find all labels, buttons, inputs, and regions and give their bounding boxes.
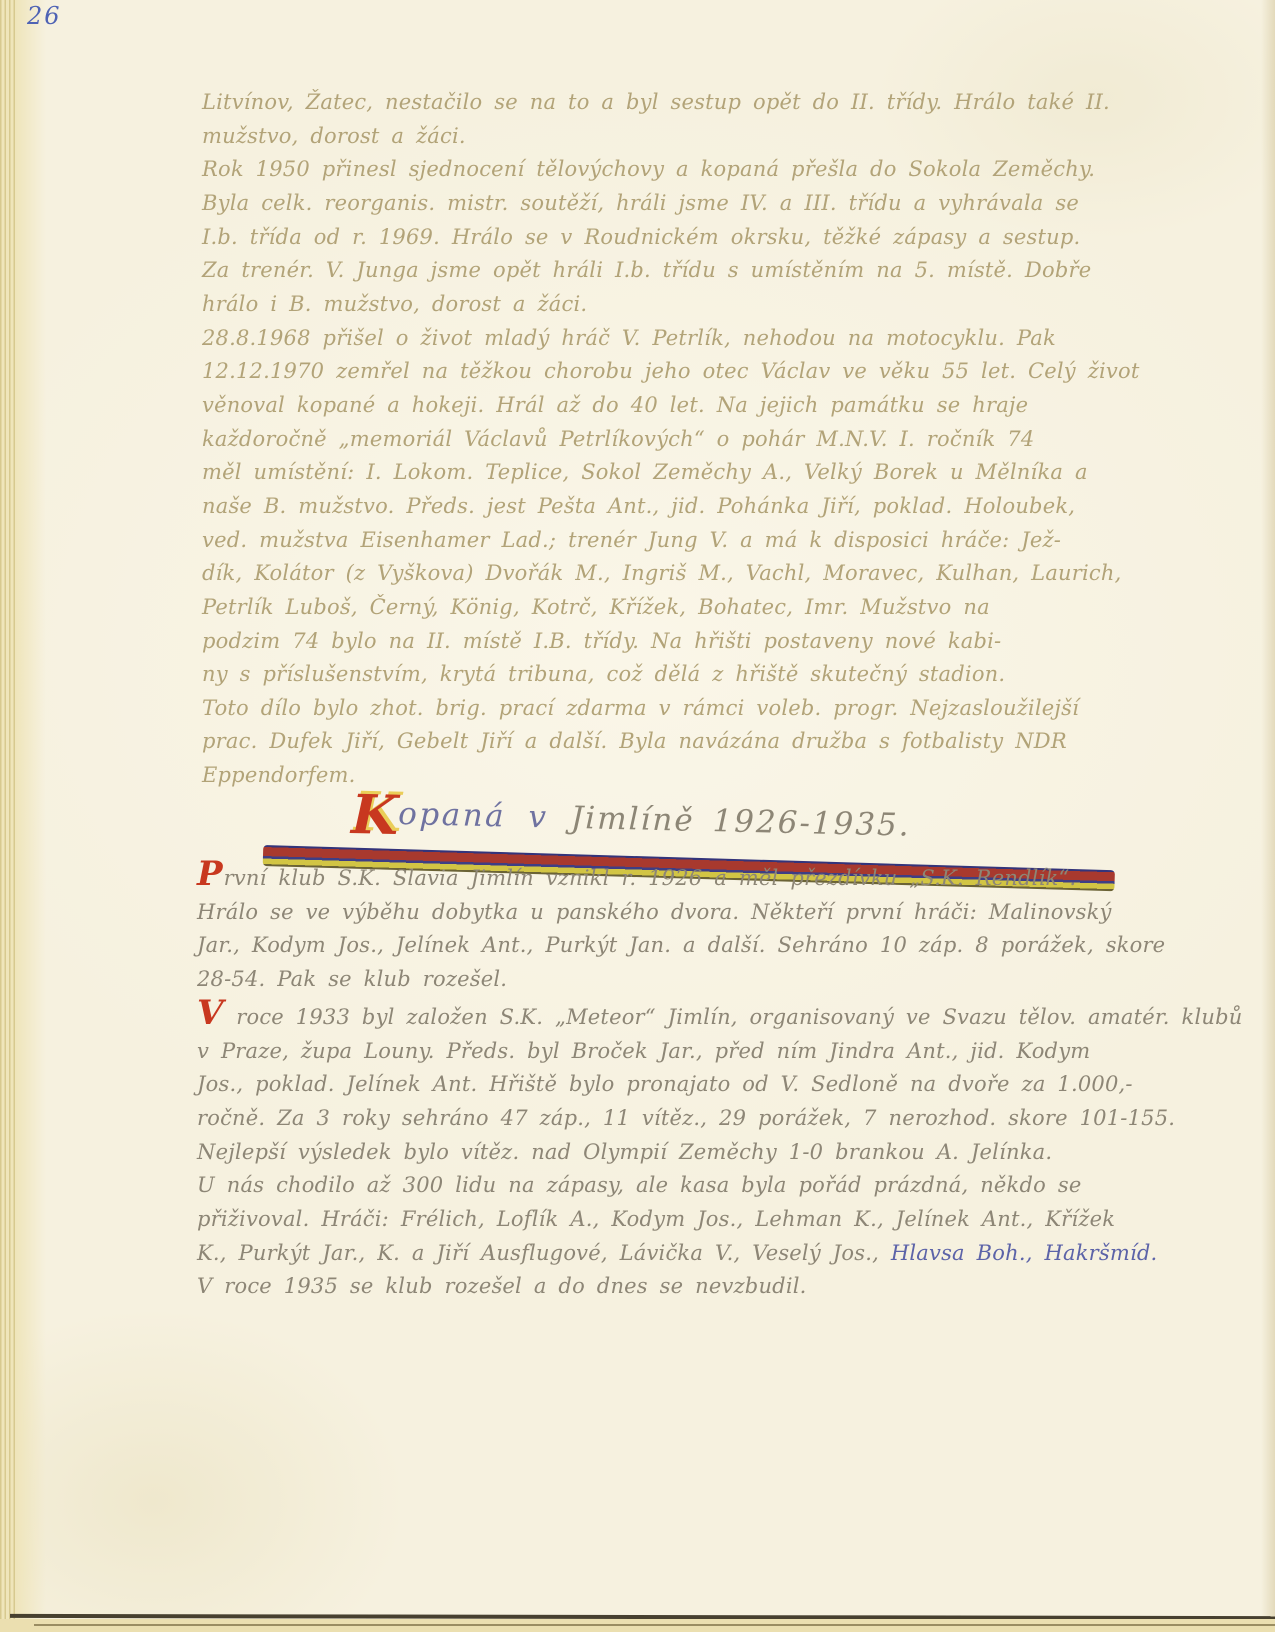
line-text: přiživoval. Hráči: Frélich, Loflík A., K… — [197, 1207, 1115, 1231]
handwritten-line: Toto dílo bylo zhot. brig. prací zdarma … — [202, 692, 1139, 726]
handwritten-line: ny s příslušenstvím, krytá tribuna, což … — [202, 658, 1139, 692]
line-text: U nás chodilo až 300 lidu na zápasy, ale… — [197, 1173, 1081, 1197]
line-text: roce 1933 byl založen S.K. „Meteor“ Jiml… — [224, 1005, 1242, 1029]
handwritten-line: 28.8.1968 přišel o život mladý hráč V. P… — [202, 322, 1139, 356]
handwritten-line: každoročně „memoriál Václavů Petrlíkovýc… — [202, 423, 1139, 457]
handwritten-line: věnoval kopané a hokeji. Hrál až do 40 l… — [202, 389, 1139, 423]
handwritten-line: V roce 1933 byl založen S.K. „Meteor“ Ji… — [197, 997, 1242, 1035]
handwritten-line: naše B. mužstvo. Předs. jest Pešta Ant.,… — [202, 490, 1139, 524]
handwritten-line: Nejlepší výsledek bylo vítěz. nad Olympi… — [197, 1136, 1242, 1170]
handwritten-line: ročně. Za 3 roky sehráno 47 záp., 11 vít… — [197, 1102, 1242, 1136]
handwritten-line: 28-54. Pak se klub rozešel. — [197, 963, 1242, 997]
handwritten-text-block-bottom: První klub S.K. Slavia Jimlín vznikl r. … — [197, 858, 1242, 1304]
handwritten-line: podzim 74 bylo na II. místě I.B. třídy. … — [202, 625, 1139, 659]
handwritten-line: ved. mužstva Eisenhamer Lad.; trenér Jun… — [202, 524, 1139, 558]
page-number: 26 — [27, 2, 62, 30]
line-text: V roce 1935 se klub rozešel a do dnes se… — [197, 1274, 807, 1298]
handwritten-line: měl umístění: I. Lokom. Teplice, Sokol Z… — [202, 456, 1139, 490]
line-text: Jar., Kodym Jos., Jelínek Ant., Purkýt J… — [197, 933, 1165, 957]
book-page-edges-fade — [16, 0, 46, 1632]
handwritten-text-block-top: Litvínov, Žatec, nestačilo se na to a by… — [202, 86, 1139, 793]
illuminated-initial: P — [197, 854, 223, 894]
section-heading: Kopaná v Jimlíně 1926-1935. — [351, 782, 912, 859]
handwritten-line: Byla celk. reorganis. mistr. soutěží, hr… — [202, 187, 1139, 221]
handwritten-line: přiživoval. Hráči: Frélich, Loflík A., K… — [197, 1203, 1242, 1237]
line-text: Hrálo se ve výběhu dobytka u panského dv… — [197, 900, 1112, 924]
line-text: Jos., poklad. Jelínek Ant. Hřiště bylo p… — [197, 1072, 1133, 1096]
handwritten-line: Eppendorfem. — [202, 759, 1139, 793]
handwritten-line: mužstvo, dorost a žáci. — [202, 120, 1139, 154]
heading-illuminated-initial: K — [351, 782, 399, 847]
handwritten-line: Petrlík Luboš, Černý, König, Kotrč, Kříž… — [202, 591, 1139, 625]
handwritten-line: v Praze, župa Louny. Předs. byl Broček J… — [197, 1035, 1242, 1069]
handwritten-line: I.b. třída od r. 1969. Hrálo se v Roudni… — [202, 221, 1139, 255]
handwritten-line: U nás chodilo až 300 lidu na zápasy, ale… — [197, 1169, 1242, 1203]
line-text: Nejlepší výsledek bylo vítěz. nad Olympi… — [197, 1140, 1052, 1164]
book-page-edges — [0, 0, 16, 1632]
handwritten-line: prac. Dufek Jiří, Gebelt Jiří a další. B… — [202, 725, 1139, 759]
handwritten-line: Jos., poklad. Jelínek Ant. Hřiště bylo p… — [197, 1068, 1242, 1102]
heading-text-blue: opaná v — [398, 796, 571, 836]
handwritten-line: hrálo i B. mužstvo, dorost a žáci. — [202, 288, 1139, 322]
line-text-blue-ink: Hlavsa Boh., Hakršmíd. — [891, 1241, 1158, 1265]
line-text: ročně. Za 3 roky sehráno 47 záp., 11 vít… — [197, 1106, 1175, 1130]
handwritten-line: 12.12.1970 zemřel na těžkou chorobu jeho… — [202, 355, 1139, 389]
page-right-shadow — [1261, 0, 1275, 1632]
handwritten-line: Litvínov, Žatec, nestačilo se na to a by… — [202, 86, 1139, 120]
handwritten-line: Rok 1950 přinesl sjednocení tělovýchovy … — [202, 153, 1139, 187]
chronicle-page: { "page": { "number": "26", "type": "han… — [0, 0, 1275, 1632]
line-text: v Praze, župa Louny. Předs. byl Broček J… — [197, 1039, 1090, 1063]
handwritten-line: V roce 1935 se klub rozešel a do dnes se… — [197, 1270, 1242, 1304]
illuminated-initial: V — [197, 993, 223, 1033]
line-text: K., Purkýt Jar., K. a Jiří Ausflugové, L… — [197, 1241, 891, 1265]
handwritten-line: Za trenér. V. Junga jsme opět hráli I.b.… — [202, 254, 1139, 288]
surface-below-page-line — [34, 1624, 1275, 1626]
line-text: 28-54. Pak se klub rozešel. — [197, 967, 507, 991]
handwritten-line: Jar., Kodym Jos., Jelínek Ant., Purkýt J… — [197, 929, 1242, 963]
line-text: rvní klub S.K. Slavia Jimlín vznikl r. 1… — [224, 866, 1077, 890]
heading-text-sepia: Jimlíně 1926-1935. — [570, 800, 911, 844]
handwritten-line: dík, Kolátor (z Vyškova) Dvořák M., Ingr… — [202, 557, 1139, 591]
handwritten-line: Hrálo se ve výběhu dobytka u panského dv… — [197, 896, 1242, 930]
handwritten-line: K., Purkýt Jar., K. a Jiří Ausflugové, L… — [197, 1237, 1242, 1271]
handwritten-line: První klub S.K. Slavia Jimlín vznikl r. … — [197, 858, 1242, 896]
